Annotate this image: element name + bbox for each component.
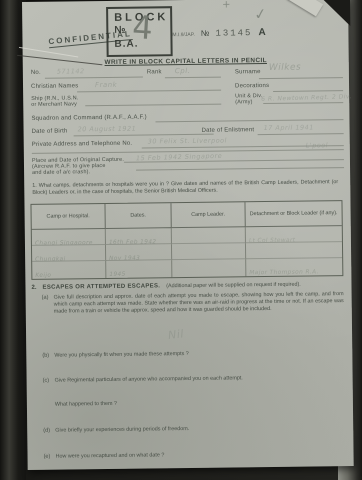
- rank-line: [165, 77, 221, 79]
- table-row: [172, 259, 246, 277]
- enlistment-value: 17 April 1941: [264, 123, 314, 132]
- date-of-birth-label: Date of Birth: [32, 128, 68, 134]
- question-c-key: (c): [43, 378, 50, 384]
- table-row: [172, 243, 246, 260]
- section-2-heading: ESCAPES OR ATTEMPTED ESCAPES.: [42, 283, 160, 290]
- section-2-title: 2. ESCAPES OR ATTEMPTED ESCAPES. (Additi…: [31, 282, 300, 291]
- camps-table: Camp or Hospital. Dates. Camp Leader. De…: [30, 200, 343, 280]
- question-e-text: How were you recaptured and on what date…: [56, 450, 346, 460]
- capture-line-2: [136, 167, 344, 171]
- date-of-birth-value: 20 August 1921: [78, 125, 137, 134]
- table-row: [172, 227, 246, 244]
- dates-cell: 1945: [109, 272, 125, 278]
- table-row: Nov 1943: [106, 244, 172, 261]
- folded-corner-gap: [320, 0, 350, 26]
- question-e-key: (e): [44, 454, 51, 460]
- surname-label: Surname: [235, 69, 261, 75]
- col-dates-header: Dates.: [105, 203, 171, 229]
- question-a-text: Give full description and approx. date o…: [54, 291, 344, 315]
- question-c-text: Give Regimental particulars of anyone wh…: [55, 374, 345, 384]
- christian-names-label: Christian Names: [31, 83, 78, 90]
- question-1-text: 1. What camps, detachments or hospitals …: [32, 179, 338, 197]
- serial-letter: A: [258, 27, 265, 38]
- no-label: No.: [31, 70, 41, 76]
- table-row: Changi Singapore: [32, 229, 106, 246]
- capture-label-line3: and date of a/c crash).: [32, 169, 90, 176]
- serial-no-label: №: [201, 29, 210, 38]
- decorations-label: Decorations: [235, 83, 269, 89]
- decorations-line: [273, 90, 343, 92]
- pencil-plus-mark: +: [222, 0, 231, 11]
- question-d-key: (d): [43, 428, 50, 434]
- no-value: 571142: [57, 67, 85, 75]
- private-address-label: Private Address and Telephone No.: [32, 141, 133, 148]
- question-a-key: (a): [42, 295, 49, 301]
- ship-line: [85, 104, 221, 107]
- squadron-line: [155, 119, 343, 122]
- table-row: 16th Feb 1942: [106, 228, 172, 245]
- squadron-label: Squadron and Command (R.A.F., A.A.F.): [31, 114, 147, 121]
- rank-label: Rank: [147, 69, 162, 75]
- pencil-checkmark: ✓: [253, 4, 269, 24]
- col-leader-header: Camp Leader.: [171, 202, 245, 228]
- table-row: Chungkai: [32, 245, 106, 262]
- serial-prefix: M.I.9/JAP.: [172, 32, 194, 38]
- question-c2-text: What happened to them ?: [55, 398, 345, 408]
- section-2-number: 2.: [31, 285, 36, 291]
- handwritten-block-number: 4: [131, 8, 154, 47]
- private-address-value: 30 Felix St. Liverpool: [148, 137, 227, 146]
- christian-names-line: [77, 90, 221, 93]
- table-row: Lt Col Stewart: [246, 226, 342, 243]
- detachment-cell: Major Thompson R.A.: [249, 269, 319, 276]
- enlistment-line: [258, 133, 344, 135]
- block-stamp-no: №: [114, 25, 125, 36]
- surname-line: [259, 77, 343, 79]
- col-detachment-header: Detachment or Block Leader (if any).: [245, 201, 341, 227]
- question-a-answer: Nil: [167, 327, 184, 342]
- table-row: Major Thompson R.A.: [246, 258, 342, 276]
- question-b-key: (b): [42, 353, 49, 359]
- photo-backdrop: CONFIDENTIAL BLOCK № B.A. 4 M.I.9/JAP. №…: [0, 0, 362, 480]
- table-row: Keijo: [32, 261, 106, 279]
- private-address-value-2: L'pool: [306, 141, 328, 149]
- ship-label-line2: or Merchant Navy: [31, 101, 77, 108]
- col-camp-header: Camp or Hospital.: [31, 204, 105, 230]
- question-d-text: Give briefly your experiences during per…: [55, 424, 345, 434]
- form-heading: WRITE IN BLOCK CAPITAL LETTERS IN PENCIL: [86, 57, 286, 66]
- folded-corner: [287, 0, 323, 16]
- christian-names-value: Frank: [95, 81, 117, 89]
- no-line: [45, 77, 143, 79]
- pow-questionnaire-form: CONFIDENTIAL BLOCK № B.A. 4 M.I.9/JAP. №…: [22, 0, 354, 470]
- table-row: 1945: [106, 260, 172, 278]
- rank-value: Cpl.: [175, 67, 191, 75]
- unit-div-label-line2: (Army): [235, 99, 252, 105]
- serial-number-line: M.I.9/JAP. № 13145 A: [172, 27, 265, 39]
- camp-cell: Keijo: [35, 273, 51, 279]
- serial-number: 13145: [215, 28, 252, 38]
- enlistment-label: Date of Enlistment: [202, 127, 255, 134]
- question-b-text: Were you physically fit when you made th…: [54, 349, 344, 359]
- table-row: [246, 242, 342, 259]
- section-2-note: (Additional paper will be supplied on re…: [166, 282, 301, 290]
- surname-value: Wilkes: [269, 63, 301, 73]
